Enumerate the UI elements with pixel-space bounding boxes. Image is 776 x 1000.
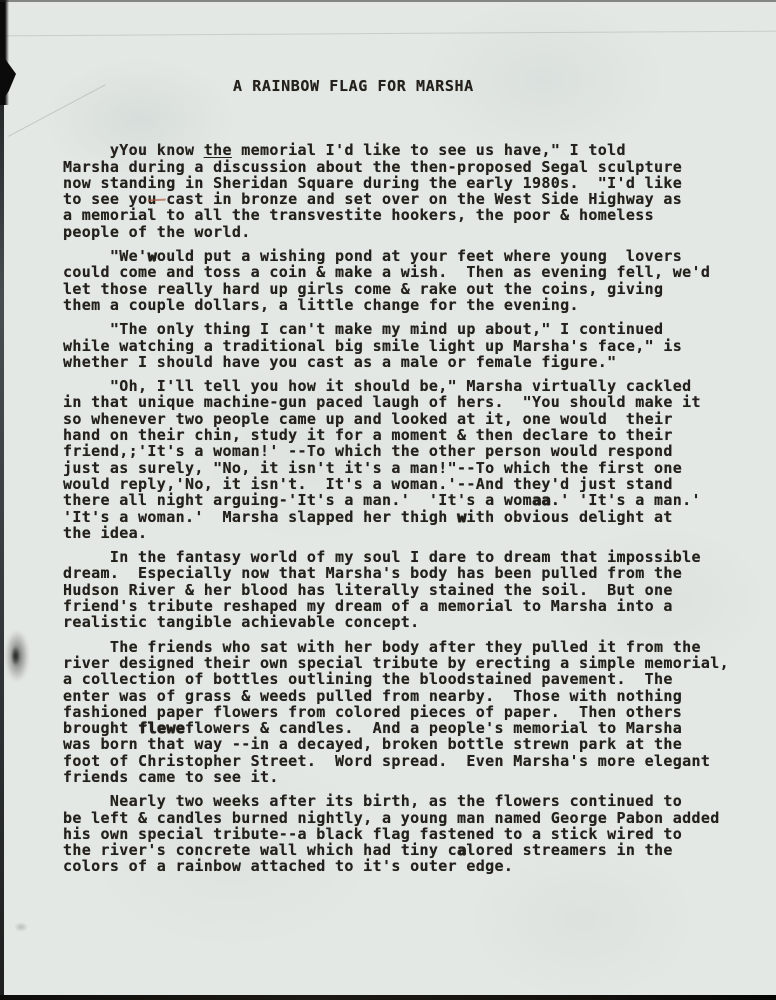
paragraph: "The only thing I can't make my mind up … [63, 321, 743, 370]
scan-edge-top [0, 0, 776, 2]
paragraph: "Oh, I'll tell you how it should be," Ma… [63, 378, 743, 541]
paragraph: In the fantasy world of my soul I dare t… [63, 549, 743, 630]
paragraph: yYou know the memorial I'd like to see u… [63, 142, 743, 240]
paper-crease-horizontal [0, 31, 776, 37]
paragraph: "We'would put a wishing pond at your fee… [63, 248, 743, 313]
paragraph: The friends who sat with her body after … [63, 639, 743, 786]
page-title: A RAINBOW FLAG FOR MARSHA [63, 78, 743, 94]
scan-edge-bottom [0, 995, 776, 1000]
ink-smudge-core [11, 646, 20, 666]
paragraph: Nearly two weeks after its birth, as the… [63, 793, 743, 874]
scan-edge-left [0, 0, 4, 1000]
scanned-document-page: A RAINBOW FLAG FOR MARSHA yYou know the … [0, 0, 776, 1000]
faint-pencil-mark [14, 922, 28, 932]
document-body: yYou know the memorial I'd like to see u… [63, 142, 743, 874]
